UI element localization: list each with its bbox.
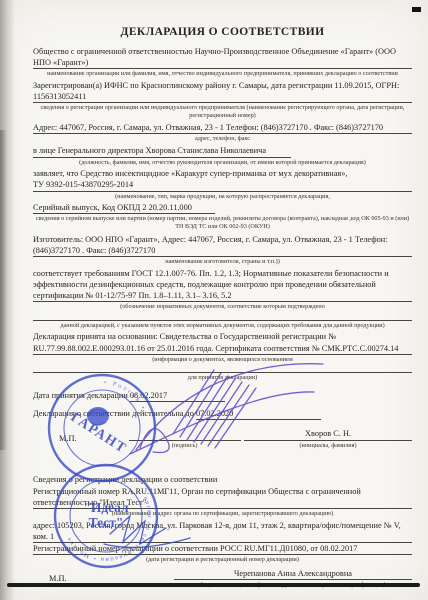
- certifier-signature-row: М.П. Черепанова Анна Александровна (подп…: [33, 568, 412, 591]
- director-signature-ink: [118, 342, 353, 470]
- declarant-address-caption: адрес, телефон, факс: [33, 135, 412, 143]
- product-serial-text: Серийный выпуск, Код ОКПД 2 20.20.11.000: [33, 202, 215, 214]
- certifier-signature-ink: [96, 500, 216, 552]
- certifier-name: Черепанова Анна Александровна: [174, 568, 412, 581]
- product-serial: Серийный выпуск, Код ОКПД 2 20.20.11.000: [33, 202, 412, 214]
- conformity-requirements-caption2: данной декларацией, с указанием пунктов …: [33, 322, 412, 330]
- product-manufacturer: Изготовитель: ООО НПО «Гарант», Адрес: 4…: [33, 234, 412, 257]
- signature-hatch: [173, 370, 256, 448]
- bottom-scan-rule: [7, 583, 420, 587]
- signature-loop: [140, 429, 169, 453]
- scan-left-edge-dark-streak: [0, 130, 7, 450]
- product-manufacturer-caption: наименование изготовителя, страны и т.п.…: [33, 258, 412, 266]
- declarant-registration-caption: сведения о регистрации организации или и…: [33, 104, 412, 119]
- declarant-head: в лице Генерального директора Хворова Ст…: [33, 145, 412, 157]
- certifier-name-field: Черепанова Анна Александровна (подпись, …: [174, 568, 412, 591]
- product-serial-caption: сведения о серийном выпуске или партии (…: [33, 215, 412, 230]
- declaration-document-page: ДЕКЛАРАЦИЯ О СООТВЕТСТВИИ Общество с огр…: [0, 0, 428, 600]
- product-statement-line2: ТУ 9392-015-43870295-2014: [33, 179, 412, 191]
- declarant-registration: Зарегистрирован(а) ИФНС по Красноглинско…: [33, 80, 412, 103]
- declarant-address: Адрес: 447067, Россия, г. Самара, ул. От…: [33, 122, 412, 134]
- document-title: ДЕКЛАРАЦИЯ О СООТВЕТСТВИИ: [33, 26, 412, 38]
- product-statement-caption: (наименование, тип, марка продукции, на …: [33, 193, 412, 201]
- scan-corner-mark: [412, 7, 421, 12]
- signature-sweep-1: [136, 364, 323, 450]
- signature-sweep-2: [130, 392, 314, 454]
- certifier-signature-zigzag: [110, 516, 166, 544]
- declarant-name-caption: наименование организации или фамилия, им…: [33, 70, 412, 78]
- declarant-head-text: в лице Генерального директора Хворова Ст…: [33, 145, 291, 157]
- declarant-head-caption: (должность, фамилия, имя, отчество руков…: [33, 159, 412, 167]
- blank-field-line-1: [33, 313, 412, 321]
- conformity-basis-line1: Декларация принята на основании: Свидете…: [33, 331, 412, 342]
- conformity-requirements: соответствует требованиям ГОСТ 12.1.007-…: [33, 268, 412, 303]
- stamp-place-label-2: М.П.: [49, 574, 67, 583]
- product-statement-line1: заявляет, что Средство инсектицидное «Ка…: [33, 168, 412, 179]
- declarant-name: Общество с ограниченной ответственностью…: [33, 46, 412, 69]
- conformity-requirements-caption1: (обозначение нормативных документов, соо…: [33, 303, 412, 311]
